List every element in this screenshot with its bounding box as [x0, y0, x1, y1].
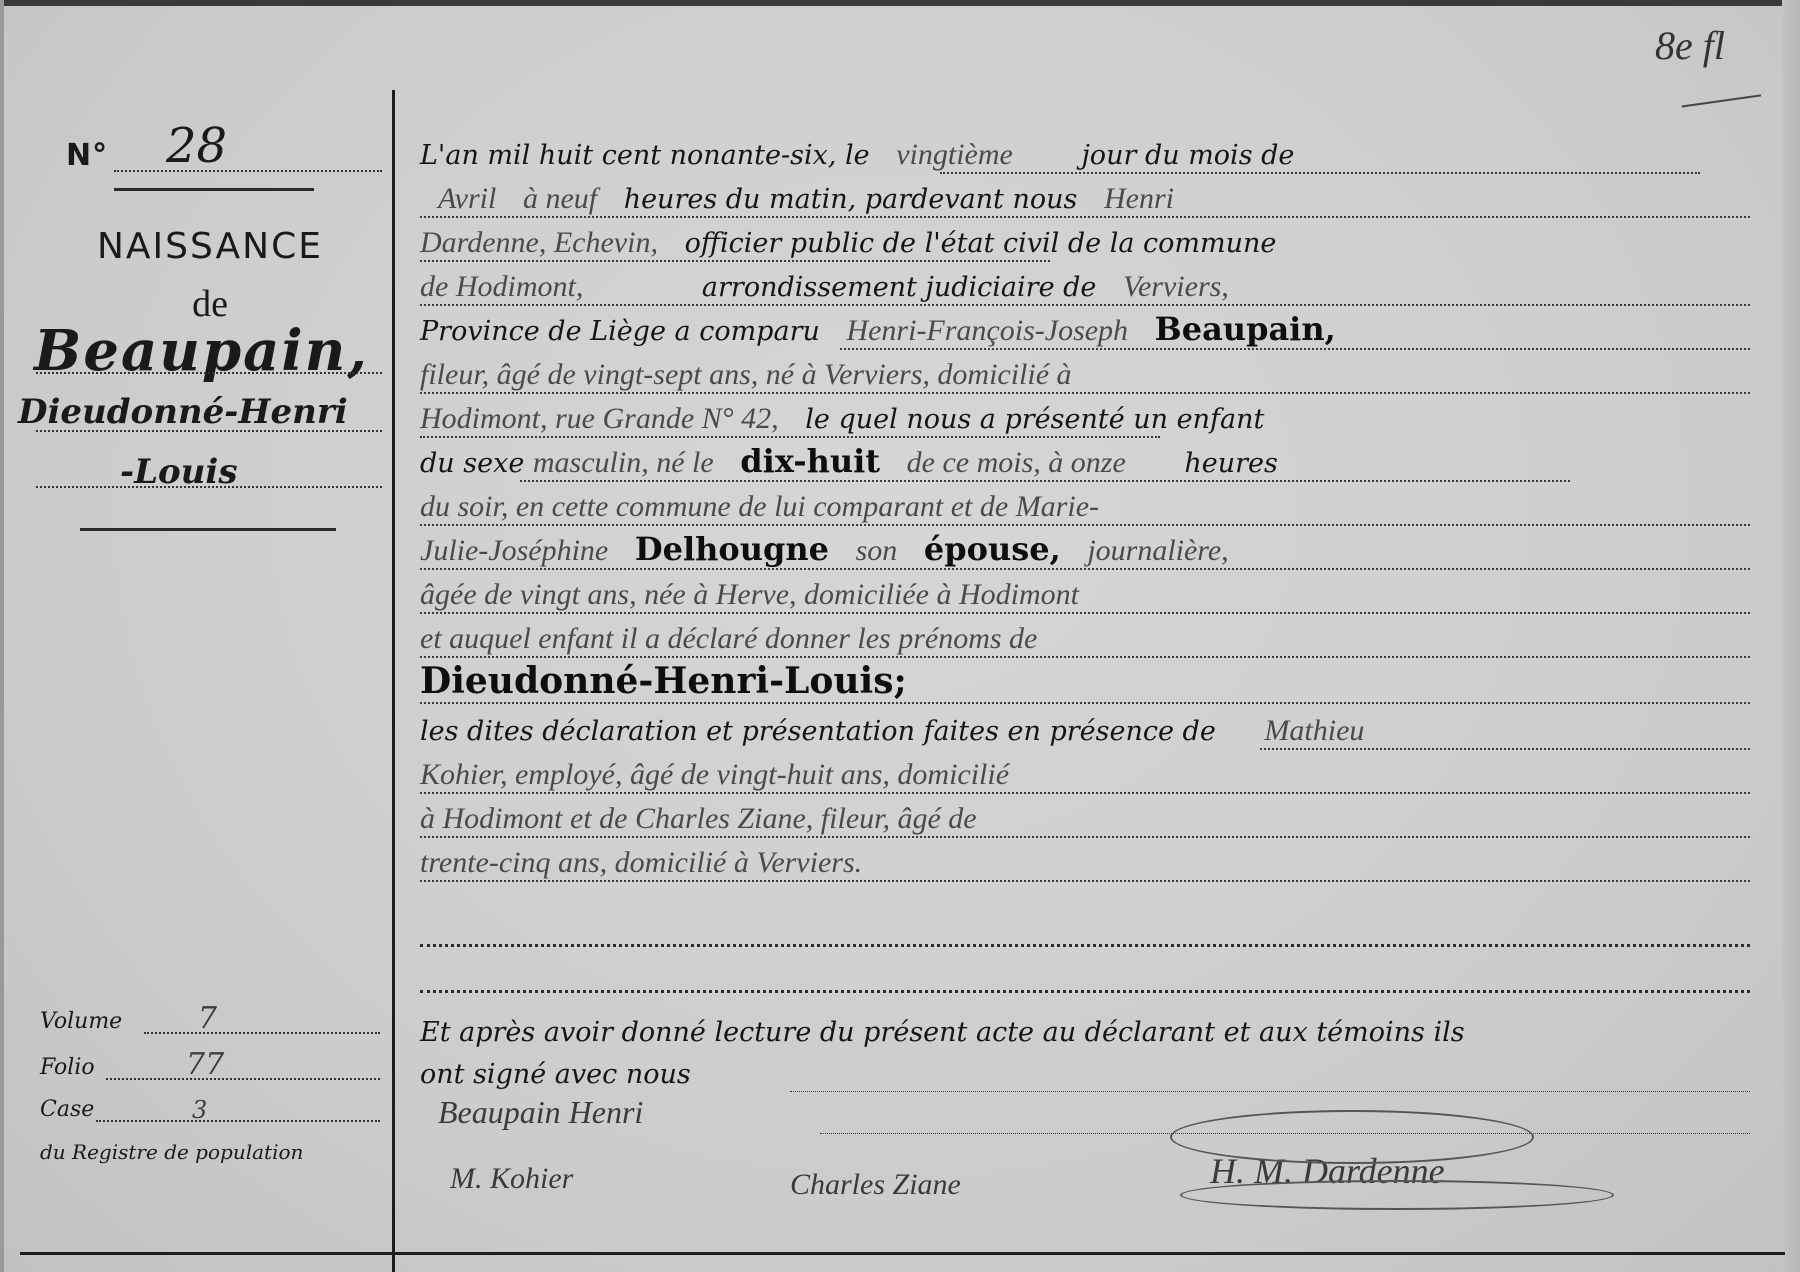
- act-line-7: Hodimont, rue Grande N° 42, le quel nous…: [420, 398, 1750, 440]
- act-number-value: 28: [166, 118, 227, 174]
- closing-text-2: ont signé avec nous: [420, 1059, 691, 1090]
- handwritten-day: vingtième: [896, 138, 1013, 171]
- handwritten-commune: de Hodimont,: [420, 270, 583, 303]
- registry-volume-value: 7: [198, 1001, 217, 1036]
- child-given-names: Dieudonné-Henri-Louis;: [420, 660, 907, 702]
- closing-line-2: ont signé avec nous: [420, 1052, 1750, 1094]
- printed-text: heures du matin, pardevant nous: [624, 184, 1078, 215]
- record-type-title: NAISSANCE: [70, 226, 350, 267]
- margin-given-names-1: Dieudonné-Henri: [18, 392, 388, 432]
- handwritten-mother-details: âgée de vingt ans, née à Herve, domicili…: [420, 578, 1079, 611]
- printed-text: Province de Liège a comparu: [420, 316, 820, 347]
- signature-witness-2: Charles Ziane: [790, 1168, 961, 1202]
- dotline: [520, 480, 1570, 482]
- dotline: [420, 880, 1750, 882]
- printed-text: du sexe: [420, 448, 524, 479]
- act-line-6: fileur, âgé de vingt-sept ans, né à Verv…: [420, 354, 1750, 396]
- printed-text: heures: [1184, 448, 1278, 479]
- handwritten-witness-2: à Hodimont et de Charles Ziane, fileur, …: [420, 802, 977, 835]
- registry-volume-label: Volume: [40, 1009, 122, 1034]
- given-names-dotline-2: [36, 486, 382, 488]
- margin-divider: [392, 90, 395, 1272]
- handwritten-declaration: et auquel enfant il a déclaré donner les…: [420, 622, 1037, 655]
- bottom-rule-margin: [20, 1252, 392, 1255]
- act-line-10: Julie-Joséphine Delhougne son épouse, jo…: [420, 530, 1750, 572]
- act-line-3: Dardenne, Echevin, officier public de l'…: [420, 222, 1750, 264]
- birth-day: dix-huit: [740, 442, 880, 480]
- printed-text: jour du mois de: [1081, 140, 1294, 171]
- bottom-rule-body: [395, 1252, 1785, 1255]
- act-body: L'an mil huit cent nonante-six, le vingt…: [420, 0, 1750, 1272]
- dotline: [790, 1091, 1750, 1092]
- handwritten-mother-occupation: journalière,: [1087, 534, 1228, 567]
- father-surname: Beaupain,: [1155, 310, 1336, 348]
- registry-folio-value: 77: [186, 1047, 224, 1082]
- margin-surname: Beaupain,: [34, 318, 384, 384]
- dotline: [420, 524, 1750, 526]
- printed-text: officier public de l'état civil de la co…: [685, 228, 1277, 259]
- dotline: [420, 568, 1750, 570]
- dotline: [420, 702, 1750, 704]
- handwritten-mother-intro: du soir, en cette commune de lui compara…: [420, 490, 1099, 523]
- given-names-dotline-1: [36, 430, 382, 432]
- registry-case-dotline: [96, 1120, 380, 1122]
- registry-footer: du Registre de population: [40, 1140, 303, 1164]
- registry-volume-row: Volume 7: [40, 1000, 380, 1036]
- handwritten-father-names: Henri-François-Joseph: [846, 314, 1128, 347]
- handwritten-officer-name: Dardenne, Echevin,: [420, 226, 658, 259]
- registry-folio-row: Folio 77: [40, 1046, 380, 1082]
- act-line-16: à Hodimont et de Charles Ziane, fileur, …: [420, 798, 1750, 840]
- signature-witness-1: M. Kohier: [450, 1162, 573, 1196]
- act-line-5: Province de Liège a comparu Henri-Franço…: [420, 310, 1750, 352]
- act-line-15: Kohier, employé, âgé de vingt-huit ans, …: [420, 754, 1750, 796]
- closing-text-1: Et après avoir donné lecture du présent …: [420, 1017, 1465, 1048]
- handwritten-witness-1-first: Mathieu: [1264, 714, 1364, 747]
- surname-dotline: [36, 372, 382, 374]
- dotline: [420, 612, 1750, 614]
- printed-text: les dites déclaration et présentation fa…: [420, 716, 1216, 747]
- handwritten-witness-1-details: Kohier, employé, âgé de vingt-huit ans, …: [420, 758, 1009, 791]
- registry-folio-dotline: [106, 1078, 380, 1080]
- dotline: [420, 836, 1750, 838]
- printed-text: arrondissement judiciaire de: [702, 272, 1096, 303]
- act-number-dotline: [114, 170, 382, 172]
- act-line-1: L'an mil huit cent nonante-six, le vingt…: [420, 134, 1750, 176]
- dotline: [420, 216, 1750, 218]
- closing-line-1: Et après avoir donné lecture du présent …: [420, 1010, 1750, 1052]
- dotline: [420, 656, 1750, 658]
- act-number-label: N°: [66, 138, 108, 173]
- act-line-13: Dieudonné-Henri-Louis;: [420, 664, 1750, 706]
- handwritten-address: Hodimont, rue Grande N° 42,: [420, 402, 779, 435]
- dotline: [840, 348, 1750, 350]
- registry-case-label: Case: [40, 1097, 94, 1122]
- dotline: [940, 172, 1700, 174]
- act-line-17: trente-cinq ans, domicilié à Verviers.: [420, 842, 1750, 884]
- handwritten-witness-2-details: trente-cinq ans, domicilié à Verviers.: [420, 846, 862, 879]
- act-line-8: du sexe masculin, né le dix-huit de ce m…: [420, 442, 1750, 484]
- handwritten-mother-names: Julie-Joséphine: [420, 534, 608, 567]
- registry-folio-label: Folio: [40, 1055, 95, 1080]
- signature-flourish: [1180, 1180, 1614, 1210]
- handwritten-officer-first: Henri: [1104, 182, 1174, 215]
- blank-line-2: [420, 990, 1750, 993]
- act-line-14: les dites déclaration et présentation fa…: [420, 710, 1750, 752]
- handwritten-arrondissement: Verviers,: [1123, 270, 1229, 303]
- page-right-edge: [1782, 0, 1800, 1272]
- handwritten-birth-hour: de ce mois, à onze: [907, 446, 1126, 479]
- dotline: [420, 792, 1750, 794]
- dotline: [420, 304, 1750, 306]
- dotline: [1260, 748, 1750, 750]
- act-line-2: Avril à neuf heures du matin, pardevant …: [420, 178, 1750, 220]
- act-line-9: du soir, en cette commune de lui compara…: [420, 486, 1750, 528]
- epouse-word: épouse,: [924, 530, 1061, 568]
- act-line-12: et auquel enfant il a déclaré donner les…: [420, 618, 1750, 660]
- handwritten-month: Avril: [420, 182, 496, 215]
- blank-line-1: [420, 944, 1750, 947]
- handwritten-son: son: [856, 534, 898, 567]
- dotline: [420, 436, 1160, 438]
- signature-declarant: Beaupain Henri: [438, 1094, 643, 1131]
- act-number-row: N° 28: [66, 118, 381, 174]
- act-line-11: âgée de vingt ans, née à Herve, domicili…: [420, 574, 1750, 616]
- margin-title-rule: [80, 528, 336, 531]
- register-page: 8e fl N° 28 NAISSANCE de Beaupain, Dieud…: [0, 0, 1800, 1272]
- printed-text: le quel nous a présenté un enfant: [805, 404, 1264, 435]
- registry-case-row: Case 3: [40, 1088, 380, 1124]
- dotline: [420, 392, 1750, 394]
- left-margin: N° 28 NAISSANCE de Beaupain, Dieudonné-H…: [0, 0, 392, 1272]
- handwritten-hour: à neuf: [523, 182, 597, 215]
- act-line-4: de Hodimont, arrondissement judiciaire d…: [420, 266, 1750, 308]
- signature-flourish: [1170, 1110, 1534, 1164]
- mother-surname: Delhougne: [635, 530, 829, 568]
- printed-text: L'an mil huit cent nonante-six, le: [420, 140, 870, 171]
- handwritten-father-details: fileur, âgé de vingt-sept ans, né à Verv…: [420, 358, 1072, 391]
- handwritten-sex-birth: masculin, né le: [533, 446, 714, 479]
- act-number-rule: [114, 188, 314, 191]
- registry-volume-dotline: [144, 1032, 380, 1034]
- dotline: [420, 260, 1050, 262]
